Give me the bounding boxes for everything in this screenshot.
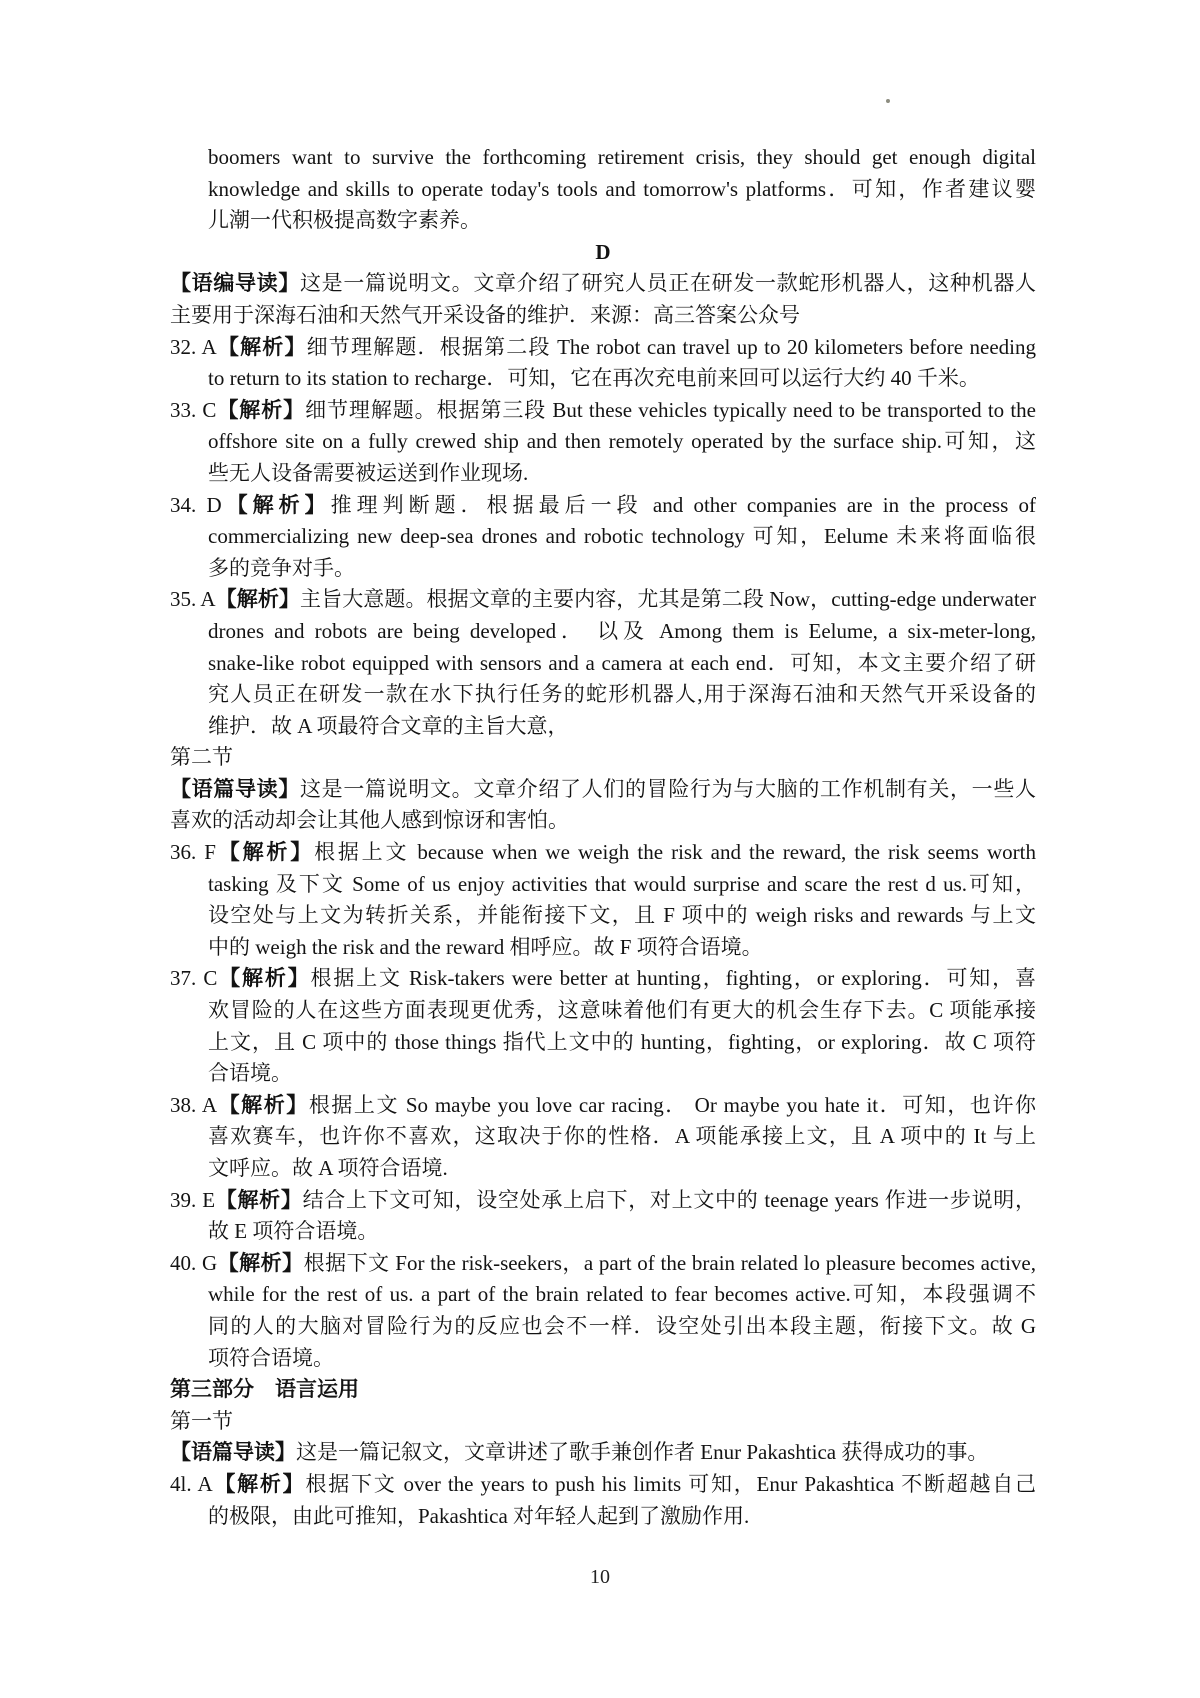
page-number: 10	[0, 1566, 1200, 1589]
text-segment: drones and robots are being developed． 以…	[208, 619, 1036, 643]
text-segment: 的极限，由此可推知，Pakashtica 对年轻人起到了激励作用.	[208, 1504, 749, 1528]
text-line: offshore site on a fully crewed ship and…	[170, 426, 1036, 458]
text-line: 儿潮一代积极提高数字素养。	[170, 205, 1036, 237]
text-segment: 4l. A	[170, 1472, 213, 1496]
text-line: 设空处与上文为转折关系，并能衔接下文，且 F 项中的 weigh risks a…	[170, 900, 1036, 932]
text-segment: 根据上文 because when we weigh the risk and …	[314, 840, 1036, 864]
text-segment: 33. C	[170, 398, 216, 422]
text-segment: 根据下文 over the years to push his limits 可…	[305, 1472, 1036, 1496]
text-segment: 34. D	[170, 493, 222, 517]
bold-text-segment: 【解析】	[213, 1472, 306, 1496]
bold-text-segment: 【语篇导读】	[170, 1440, 296, 1464]
text-segment: 结合上下文可知，设空处承上启下，对上文中的 teenage years 作进一步…	[303, 1188, 1036, 1212]
text-segment: 细节理解题．根据第二段 The robot can travel up to 2…	[307, 335, 1036, 359]
text-segment: 35. A	[170, 587, 216, 611]
text-line: 【语篇导读】这是一篇记叙文，文章讲述了歌手兼创作者 Enur Pakashtic…	[170, 1437, 1036, 1469]
text-line: 34. D【解析】推理判断题．根据最后一段 and other companie…	[170, 490, 1036, 522]
text-segment: 喜欢赛车，也许你不喜欢，这取决于你的性格．A 项能承接上文，且 A 项中的 It…	[208, 1124, 1036, 1148]
text-segment: 36. F	[170, 840, 216, 864]
text-line: 的极限，由此可推知，Pakashtica 对年轻人起到了激励作用.	[170, 1501, 1036, 1533]
text-line: 项符合语境。	[170, 1343, 1036, 1375]
text-line: 40. G【解析】根据下文 For the risk-seekers，a par…	[170, 1248, 1036, 1280]
scan-artifact-dot	[886, 99, 890, 103]
text-segment: 主要用于深海石油和天然气开采设备的维护．来源：高三答案公众号	[170, 303, 800, 327]
text-line: 39. E【解析】结合上下文可知，设空处承上启下，对上文中的 teenage y…	[170, 1185, 1036, 1217]
text-line: 多的竞争对手。	[170, 553, 1036, 585]
bold-text-segment: 第三部分 语言运用	[170, 1377, 359, 1401]
text-line: 【语篇导读】这是一篇说明文。文章介绍了人们的冒险行为与大脑的工作机制有关，一些人	[170, 774, 1036, 806]
text-line: 究人员正在研发一款在水下执行任务的蛇形机器人,用于深海石油和天然气开采设备的	[170, 679, 1036, 711]
text-line: 欢冒险的人在这些方面表现更优秀，这意味着他们有更大的机会生存下去。C 项能承接	[170, 995, 1036, 1027]
text-segment: 设空处与上文为转折关系，并能衔接下文，且 F 项中的 weigh risks a…	[208, 903, 1036, 927]
text-line: D	[170, 237, 1036, 269]
bold-text-segment: D	[595, 240, 610, 264]
text-segment: 32. A	[170, 335, 217, 359]
text-segment: 根据上文 Risk-takers were better at hunting，…	[311, 966, 1036, 990]
text-line: commercializing new deep-sea drones and …	[170, 521, 1036, 553]
bold-text-segment: 【解析】	[217, 1093, 309, 1117]
text-segment: to return to its station to recharge．可知，…	[208, 366, 980, 390]
text-line: to return to its station to recharge．可知，…	[170, 363, 1036, 395]
text-segment: 究人员正在研发一款在水下执行任务的蛇形机器人,用于深海石油和天然气开采设备的	[208, 682, 1036, 706]
text-line: while for the rest of us. a part of the …	[170, 1279, 1036, 1311]
text-segment: 同的人的大脑对冒险行为的反应也会不一样．设空处引出本段主题，衔接下文。故 G	[208, 1314, 1036, 1338]
text-line: 维护．故 A 项最符合文章的主旨大意，	[170, 711, 1036, 743]
text-line: 些无人设备需要被运送到作业现场.	[170, 458, 1036, 490]
text-line: knowledge and skills to operate today's …	[170, 174, 1036, 206]
text-segment: 合语境。	[208, 1061, 292, 1085]
text-segment: 故 E 项符合语境。	[208, 1219, 378, 1243]
text-segment: 项符合语境。	[208, 1346, 334, 1370]
text-segment: 这是一篇说明文。文章介绍了研究人员正在研发一款蛇形机器人，这种机器人	[300, 271, 1036, 295]
text-segment: tasking 及下文 Some of us enjoy activities …	[208, 872, 1036, 896]
text-line: 主要用于深海石油和天然气开采设备的维护．来源：高三答案公众号	[170, 300, 1036, 332]
text-segment: 推理判断题．根据最后一段 and other companies are in …	[331, 493, 1036, 517]
bold-text-segment: 【解析】	[217, 966, 310, 990]
bold-text-segment: 【语篇导读】	[170, 777, 300, 801]
text-line: 文呼应。故 A 项符合语境.	[170, 1153, 1036, 1185]
text-line: 第一节	[170, 1406, 1036, 1438]
text-segment: 这是一篇记叙文，文章讲述了歌手兼创作者 Enur Pakashtica 获得成功…	[296, 1440, 988, 1464]
text-segment: 主旨大意题。根据文章的主要内容，尤其是第二段 Now，cutting-edge …	[300, 587, 1036, 611]
bold-text-segment: 【解析】	[215, 1188, 303, 1212]
text-line: 4l. A【解析】根据下文 over the years to push his…	[170, 1469, 1036, 1501]
bold-text-segment: 【解析】	[216, 398, 305, 422]
text-segment: 多的竞争对手。	[208, 556, 355, 580]
text-line: 37. C【解析】根据上文 Risk-takers were better at…	[170, 963, 1036, 995]
text-line: 33. C【解析】细节理解题。根据第三段 But these vehicles …	[170, 395, 1036, 427]
bold-text-segment: 【语编导读】	[170, 271, 300, 295]
bold-text-segment: 【解析】	[216, 840, 314, 864]
text-segment: 中的 weigh the risk and the reward 相呼应。故 F…	[208, 935, 763, 959]
text-segment: 些无人设备需要被运送到作业现场.	[208, 461, 528, 485]
text-line: snake-like robot equipped with sensors a…	[170, 648, 1036, 680]
bold-text-segment: 【解析】	[217, 1251, 303, 1275]
text-segment: 37. C	[170, 966, 217, 990]
text-segment: while for the rest of us. a part of the …	[208, 1282, 1036, 1306]
text-line: 喜欢赛车，也许你不喜欢，这取决于你的性格．A 项能承接上文，且 A 项中的 It…	[170, 1121, 1036, 1153]
text-segment: 细节理解题。根据第三段 But these vehicles typically…	[305, 398, 1036, 422]
text-segment: snake-like robot equipped with sensors a…	[208, 651, 1036, 675]
text-segment: offshore site on a fully crewed ship and…	[208, 429, 1036, 453]
text-line: 【语编导读】这是一篇说明文。文章介绍了研究人员正在研发一款蛇形机器人，这种机器人	[170, 268, 1036, 300]
text-line: 合语境。	[170, 1058, 1036, 1090]
bold-text-segment: 【解析】	[217, 335, 307, 359]
bold-text-segment: 【解析】	[216, 587, 300, 611]
text-line: 喜欢的活动却会让其他人感到惊讶和害怕。	[170, 805, 1036, 837]
text-segment: 欢冒险的人在这些方面表现更优秀，这意味着他们有更大的机会生存下去。C 项能承接	[208, 998, 1036, 1022]
text-segment: 文呼应。故 A 项符合语境.	[208, 1156, 448, 1180]
text-segment: boomers want to survive the forthcoming …	[208, 145, 1036, 169]
text-line: 38. A【解析】根据上文 So maybe you love car raci…	[170, 1090, 1036, 1122]
text-line: 故 E 项符合语境。	[170, 1216, 1036, 1248]
text-segment: 39. E	[170, 1188, 215, 1212]
text-segment: 这是一篇说明文。文章介绍了人们的冒险行为与大脑的工作机制有关，一些人	[300, 777, 1036, 801]
text-line: drones and robots are being developed． 以…	[170, 616, 1036, 648]
text-line: 同的人的大脑对冒险行为的反应也会不一样．设空处引出本段主题，衔接下文。故 G	[170, 1311, 1036, 1343]
text-line: 36. F【解析】根据上文 because when we weigh the …	[170, 837, 1036, 869]
document-page: boomers want to survive the forthcoming …	[0, 0, 1200, 1698]
text-line: 上文，且 C 项中的 those things 指代上文中的 hunting，f…	[170, 1027, 1036, 1059]
text-segment: 上文，且 C 项中的 those things 指代上文中的 hunting，f…	[208, 1030, 1036, 1054]
text-segment: 喜欢的活动却会让其他人感到惊讶和害怕。	[170, 808, 569, 832]
text-line: tasking 及下文 Some of us enjoy activities …	[170, 869, 1036, 901]
bold-text-segment: 【解析】	[222, 493, 331, 517]
text-segment: 儿潮一代积极提高数字素养。	[208, 208, 481, 232]
text-line: 中的 weigh the risk and the reward 相呼应。故 F…	[170, 932, 1036, 964]
text-line: 第二节	[170, 742, 1036, 774]
document-lines: boomers want to survive the forthcoming …	[170, 142, 1036, 1532]
text-line: 第三部分 语言运用	[170, 1374, 1036, 1406]
text-segment: knowledge and skills to operate today's …	[208, 177, 1036, 201]
text-line: 32. A【解析】细节理解题．根据第二段 The robot can trave…	[170, 332, 1036, 364]
text-segment: 根据上文 So maybe you love car racing． Or ma…	[309, 1093, 1036, 1117]
text-line: 35. A【解析】主旨大意题。根据文章的主要内容，尤其是第二段 Now，cutt…	[170, 584, 1036, 616]
text-segment: commercializing new deep-sea drones and …	[208, 524, 1036, 548]
text-segment: 第二节	[170, 745, 233, 769]
text-segment: 40. G	[170, 1251, 217, 1275]
text-line: boomers want to survive the forthcoming …	[170, 142, 1036, 174]
text-segment: 维护．故 A 项最符合文章的主旨大意，	[208, 714, 569, 738]
text-segment: 根据下文 For the risk-seekers，a part of the …	[304, 1251, 1036, 1275]
text-segment: 38. A	[170, 1093, 217, 1117]
text-segment: 第一节	[170, 1409, 233, 1433]
